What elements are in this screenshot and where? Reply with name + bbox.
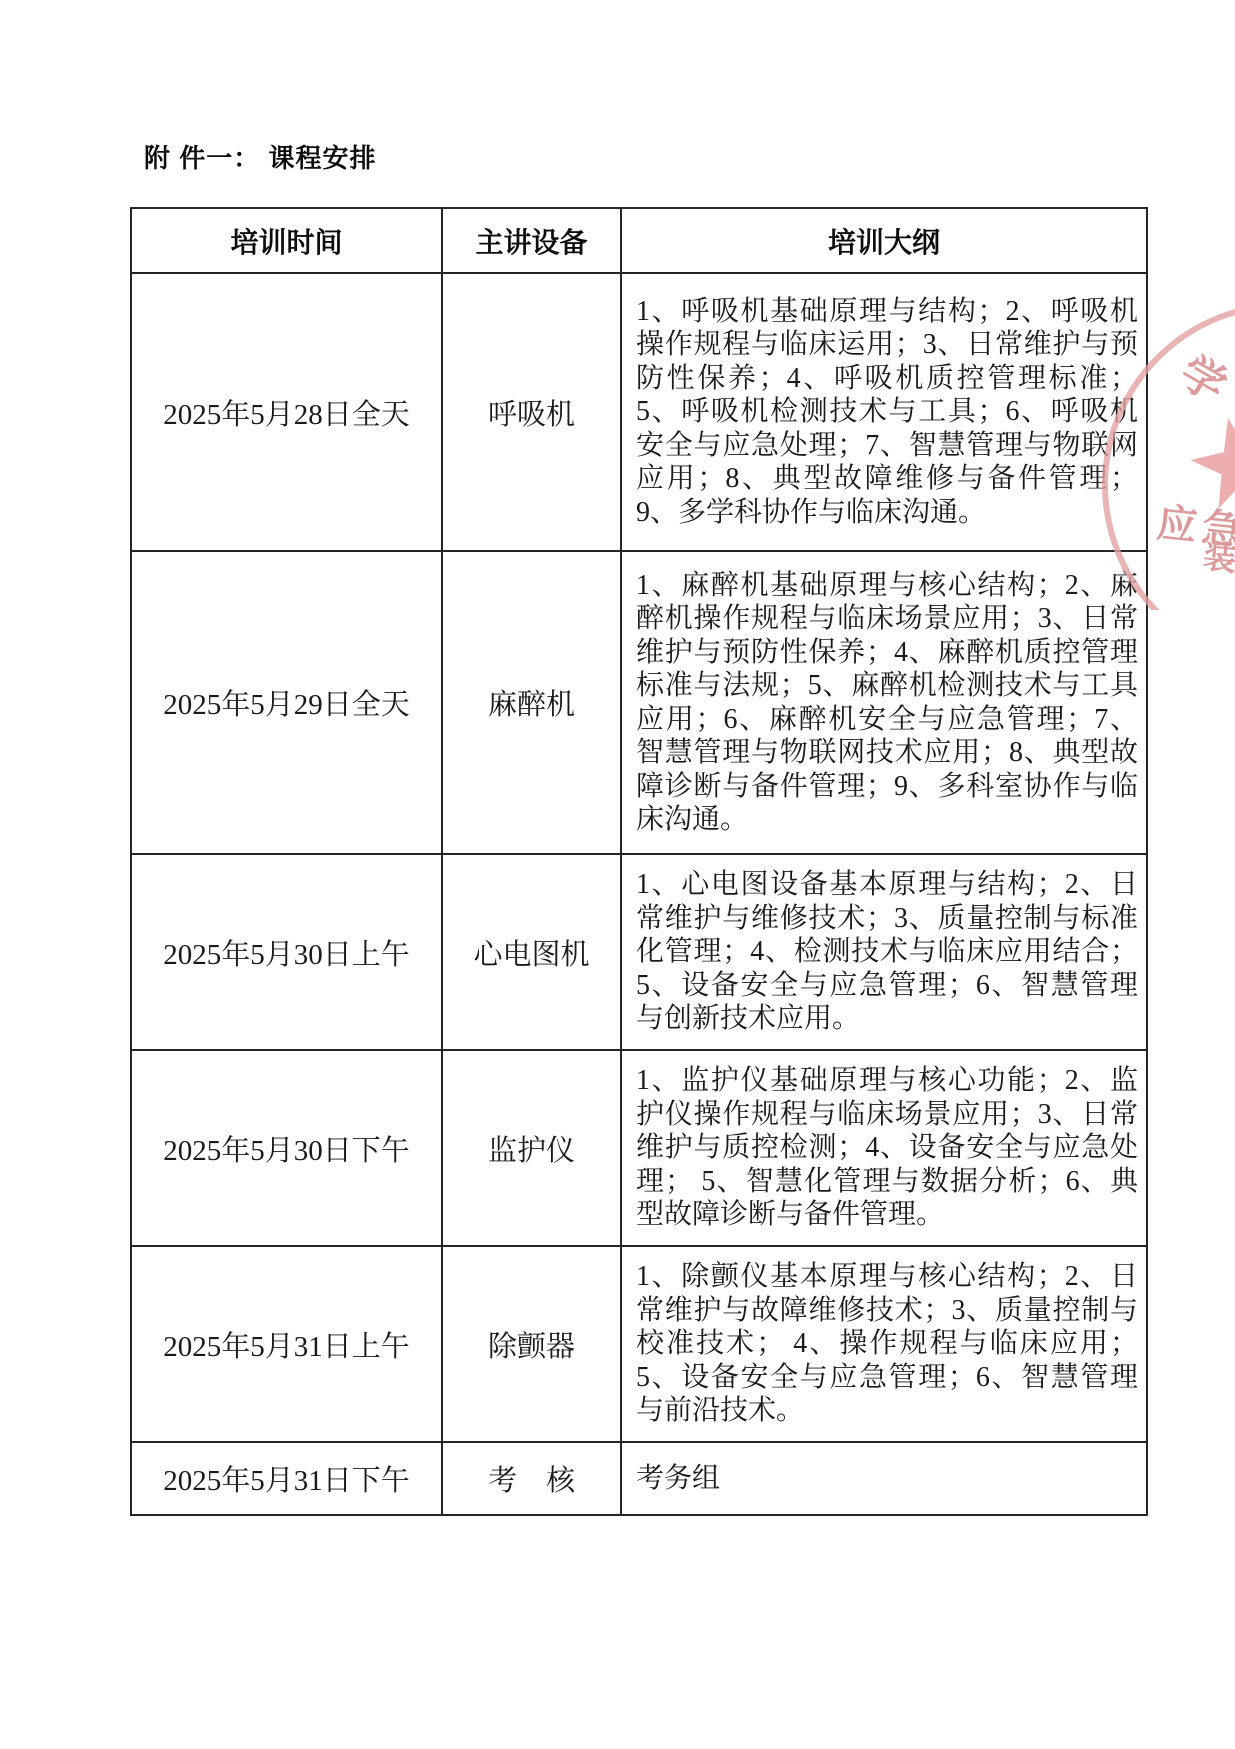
table-header-row: 培训时间 主讲设备 培训大纲 bbox=[131, 208, 1147, 273]
table-row: 2025年5月28日全天 呼吸机 1、呼吸机基础原理与结构；2、呼吸机操作规程与… bbox=[131, 273, 1147, 551]
course-schedule-table: 培训时间 主讲设备 培训大纲 2025年5月28日全天 呼吸机 1、呼吸机基础原… bbox=[130, 207, 1148, 1516]
cell-main-device: 心电图机 bbox=[442, 854, 621, 1050]
cell-training-time: 2025年5月31日上午 bbox=[131, 1246, 442, 1442]
cell-main-device: 考 核 bbox=[442, 1442, 621, 1515]
table-row: 2025年5月30日上午 心电图机 1、心电图设备基本原理与结构；2、日常维护与… bbox=[131, 854, 1147, 1050]
cell-main-device: 呼吸机 bbox=[442, 273, 621, 551]
cell-training-outline: 1、除颤仪基本原理与核心结构；2、日常维护与故障维修技术；3、质量控制与校准技术… bbox=[621, 1246, 1147, 1442]
header-training-outline: 培训大纲 bbox=[621, 208, 1147, 273]
cell-main-device: 除颤器 bbox=[442, 1246, 621, 1442]
seal-text-top: 学 bbox=[1172, 347, 1235, 411]
cell-training-time: 2025年5月30日下午 bbox=[131, 1050, 442, 1246]
cell-training-outline: 1、麻醉机基础原理与核心结构；2、麻醉机操作规程与临床场景应用；3、日常维护与预… bbox=[621, 551, 1147, 854]
cell-training-outline: 考务组 bbox=[621, 1442, 1147, 1515]
cell-training-time: 2025年5月29日全天 bbox=[131, 551, 442, 854]
table-row: 2025年5月29日全天 麻醉机 1、麻醉机基础原理与核心结构；2、麻醉机操作规… bbox=[131, 551, 1147, 854]
cell-training-outline: 1、监护仪基础原理与核心功能；2、监护仪操作规程与临床场景应用；3、日常维护与质… bbox=[621, 1050, 1147, 1246]
header-main-device: 主讲设备 bbox=[442, 208, 621, 273]
table-row: 2025年5月31日上午 除颤器 1、除颤仪基本原理与核心结构；2、日常维护与故… bbox=[131, 1246, 1147, 1442]
table-row: 2025年5月30日下午 监护仪 1、监护仪基础原理与核心功能；2、监护仪操作规… bbox=[131, 1050, 1147, 1246]
seal-text-middle: 应急 bbox=[1155, 501, 1235, 554]
cell-main-device: 监护仪 bbox=[442, 1050, 621, 1246]
cell-training-outline: 1、心电图设备基本原理与结构；2、日常维护与维修技术；3、质量控制与标准化管理；… bbox=[621, 854, 1147, 1050]
table-row: 2025年5月31日下午 考 核 考务组 bbox=[131, 1442, 1147, 1515]
cell-main-device: 麻醉机 bbox=[442, 551, 621, 854]
page-title: 附 件一： 课程安排 bbox=[144, 138, 376, 175]
cell-training-time: 2025年5月31日下午 bbox=[131, 1442, 442, 1515]
seal-text-bottom: 装备 bbox=[1201, 537, 1235, 581]
document-page: 附 件一： 课程安排 培训时间 主讲设备 培训大纲 2025年5月28日全天 呼… bbox=[0, 0, 1235, 1749]
seal-star-icon bbox=[1183, 409, 1235, 513]
cell-training-outline: 1、呼吸机基础原理与结构；2、呼吸机操作规程与临床运用；3、日常维护与预防性保养… bbox=[621, 273, 1147, 551]
cell-training-time: 2025年5月28日全天 bbox=[131, 273, 442, 551]
header-training-time: 培训时间 bbox=[131, 208, 442, 273]
cell-training-time: 2025年5月30日上午 bbox=[131, 854, 442, 1050]
